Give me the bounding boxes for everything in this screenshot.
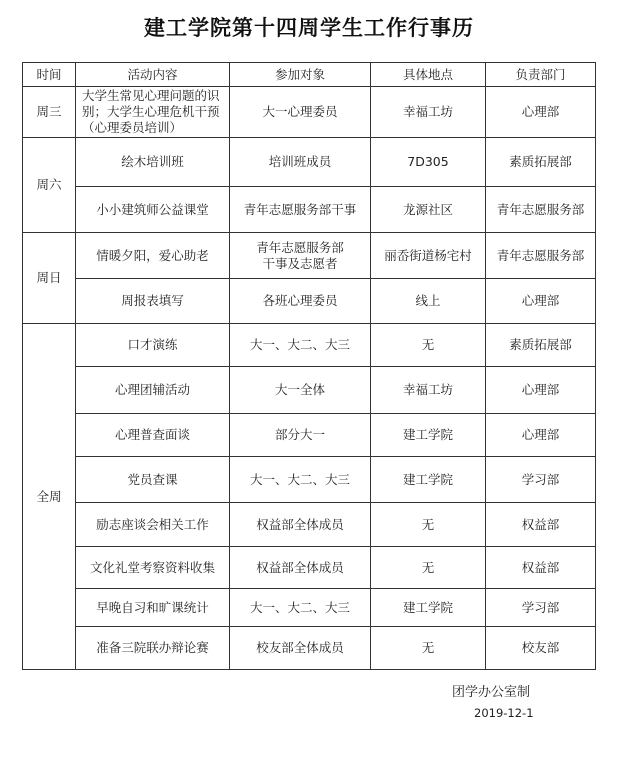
location-cell: 建工学院: [371, 414, 486, 457]
location-cell: 龙源社区: [371, 187, 486, 233]
department-cell: 心理部: [486, 87, 596, 138]
participants-cell: 校友部全体成员: [230, 627, 371, 670]
day-cell: 周六: [23, 138, 76, 233]
footer-date: 2019-12-1: [474, 706, 534, 720]
participants-cell: 大一、大二、大三: [230, 457, 371, 503]
footer-organizer: 团学办公室制: [452, 681, 530, 700]
participants-cell: 部分大一: [230, 414, 371, 457]
location-cell: 建工学院: [371, 457, 486, 503]
activity-cell: 心理普查面谈: [76, 414, 230, 457]
department-cell: 校友部: [486, 627, 596, 670]
table-row: 周三 大学生常见心理问题的识别；大学生心理危机干预（心理委员培训） 大一心理委员…: [23, 87, 596, 138]
participants-cell: 青年志愿服务部干事: [230, 187, 371, 233]
table-row: 励志座谈会相关工作 权益部全体成员 无 权益部: [23, 503, 596, 547]
header-activity: 活动内容: [76, 63, 230, 87]
participants-cell: 权益部全体成员: [230, 547, 371, 589]
location-cell: 无: [371, 324, 486, 367]
location-cell: 7D305: [371, 138, 486, 187]
department-cell: 心理部: [486, 414, 596, 457]
participants-cell: 大一心理委员: [230, 87, 371, 138]
department-cell: 学习部: [486, 589, 596, 627]
department-cell: 素质拓展部: [486, 324, 596, 367]
activity-cell: 周报表填写: [76, 279, 230, 324]
activity-cell: 早晚自习和旷课统计: [76, 589, 230, 627]
participants-cell: 青年志愿服务部干事及志愿者: [230, 233, 371, 279]
table-row: 心理普查面谈 部分大一 建工学院 心理部: [23, 414, 596, 457]
participants-cell: 大一、大二、大三: [230, 589, 371, 627]
department-cell: 权益部: [486, 547, 596, 589]
location-cell: 丽岙街道杨宅村: [371, 233, 486, 279]
schedule-table: 时间 活动内容 参加对象 具体地点 负责部门 周三 大学生常见心理问题的识别；大…: [22, 62, 596, 670]
table-row: 小小建筑师公益课堂 青年志愿服务部干事 龙源社区 青年志愿服务部: [23, 187, 596, 233]
activity-cell: 小小建筑师公益课堂: [76, 187, 230, 233]
participants-cell: 大一全体: [230, 367, 371, 414]
activity-cell: 情暖夕阳，爱心助老: [76, 233, 230, 279]
activity-cell: 励志座谈会相关工作: [76, 503, 230, 547]
location-cell: 无: [371, 503, 486, 547]
table-row: 文化礼堂考察资料收集 权益部全体成员 无 权益部: [23, 547, 596, 589]
department-cell: 学习部: [486, 457, 596, 503]
activity-cell: 心理团辅活动: [76, 367, 230, 414]
location-cell: 幸福工坊: [371, 87, 486, 138]
activity-cell: 准备三院联办辩论赛: [76, 627, 230, 670]
day-cell: 周日: [23, 233, 76, 324]
page-title: 建工学院第十四周学生工作行事历: [0, 12, 618, 42]
location-cell: 无: [371, 627, 486, 670]
table-row: 准备三院联办辩论赛 校友部全体成员 无 校友部: [23, 627, 596, 670]
header-location: 具体地点: [371, 63, 486, 87]
activity-cell: 大学生常见心理问题的识别；大学生心理危机干预（心理委员培训）: [76, 87, 230, 138]
location-cell: 线上: [371, 279, 486, 324]
location-cell: 建工学院: [371, 589, 486, 627]
participants-cell: 各班心理委员: [230, 279, 371, 324]
department-cell: 心理部: [486, 367, 596, 414]
table-header-row: 时间 活动内容 参加对象 具体地点 负责部门: [23, 63, 596, 87]
activity-cell: 党员查课: [76, 457, 230, 503]
activity-cell: 文化礼堂考察资料收集: [76, 547, 230, 589]
participants-cell: 大一、大二、大三: [230, 324, 371, 367]
table-row: 周报表填写 各班心理委员 线上 心理部: [23, 279, 596, 324]
participants-cell: 权益部全体成员: [230, 503, 371, 547]
department-cell: 素质拓展部: [486, 138, 596, 187]
activity-cell: 口才演练: [76, 324, 230, 367]
table-row: 全周 口才演练 大一、大二、大三 无 素质拓展部: [23, 324, 596, 367]
day-cell: 全周: [23, 324, 76, 670]
table-row: 周六 绘木培训班 培训班成员 7D305 素质拓展部: [23, 138, 596, 187]
header-participants: 参加对象: [230, 63, 371, 87]
location-cell: 幸福工坊: [371, 367, 486, 414]
header-department: 负责部门: [486, 63, 596, 87]
department-cell: 心理部: [486, 279, 596, 324]
day-cell: 周三: [23, 87, 76, 138]
table-row: 心理团辅活动 大一全体 幸福工坊 心理部: [23, 367, 596, 414]
table-row: 党员查课 大一、大二、大三 建工学院 学习部: [23, 457, 596, 503]
participants-cell: 培训班成员: [230, 138, 371, 187]
location-cell: 无: [371, 547, 486, 589]
table-row: 早晚自习和旷课统计 大一、大二、大三 建工学院 学习部: [23, 589, 596, 627]
table-row: 周日 情暖夕阳，爱心助老 青年志愿服务部干事及志愿者 丽岙街道杨宅村 青年志愿服…: [23, 233, 596, 279]
department-cell: 青年志愿服务部: [486, 187, 596, 233]
activity-cell: 绘木培训班: [76, 138, 230, 187]
department-cell: 青年志愿服务部: [486, 233, 596, 279]
header-time: 时间: [23, 63, 76, 87]
department-cell: 权益部: [486, 503, 596, 547]
